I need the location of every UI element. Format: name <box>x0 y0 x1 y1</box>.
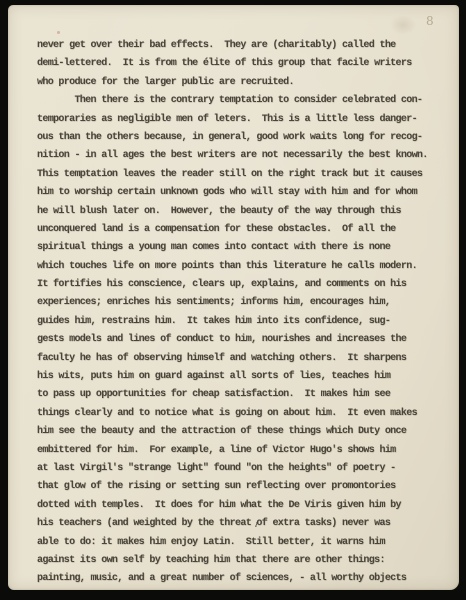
typed-line: demi-lettered. It is from the élite of t… <box>37 55 437 73</box>
typed-line: him see the beauty and the attraction of… <box>37 423 437 441</box>
typed-line: painting, music, and a great number of s… <box>37 570 437 588</box>
typed-line: experiences; enriches his sentiments; in… <box>37 294 437 312</box>
typed-line: him to worship certain unknown gods who … <box>37 184 437 202</box>
typed-line: his wits, puts him on guard against all … <box>37 368 437 386</box>
typed-line: against its own self by teaching him tha… <box>37 552 437 570</box>
paper-fleck <box>57 31 60 34</box>
typed-line: things clearly and to notice what is goi… <box>37 405 437 423</box>
typed-line: at last Virgil's "strange light" found "… <box>37 460 437 478</box>
typed-line: his teachers (and weighted by the threat… <box>37 515 437 533</box>
typed-line: embittered for him. For example, a line … <box>37 442 437 460</box>
typed-line: Then there is the contrary temptation to… <box>37 92 437 110</box>
typed-line: to pass up opportunities for cheap satis… <box>37 386 437 404</box>
typed-line: It fortifies his conscience, clears up, … <box>37 276 437 294</box>
typed-line: gests models and lines of conduct to him… <box>37 331 437 349</box>
typescript-page: 8 never get over their bad effects. They… <box>8 5 459 590</box>
typed-line: that glow of the rising or setting sun r… <box>37 478 437 496</box>
typed-line: nition - in all ages the best writers ar… <box>37 147 437 165</box>
typed-line: guides him, restrains him. It takes him … <box>37 313 437 331</box>
typed-line: able to do: it makes him enjoy Latin. St… <box>37 534 437 552</box>
typed-line: unconquered land is a compensation for t… <box>37 221 437 239</box>
typed-line: dotted with temples. It does for him wha… <box>37 497 437 515</box>
paper-smudge <box>390 15 416 35</box>
typed-line: temporaries as negligible men of leters.… <box>37 111 437 129</box>
typed-line: he will blush later on. However, the bea… <box>37 203 437 221</box>
typed-line: spiritual things a young man comes into … <box>37 239 437 257</box>
typed-line: This temptation leaves the reader still … <box>37 166 437 184</box>
typed-line: never get over their bad effects. They a… <box>37 37 437 55</box>
typescript-text: never get over their bad effects. They a… <box>37 37 437 589</box>
typed-line: which touches life on more points than t… <box>37 258 437 276</box>
typed-line: ous than the others because, in general,… <box>37 129 437 147</box>
page-number: 8 <box>426 14 434 28</box>
typed-line: who produce for the larger public are re… <box>37 74 437 92</box>
typed-line: faculty he has of observing himself and … <box>37 350 437 368</box>
